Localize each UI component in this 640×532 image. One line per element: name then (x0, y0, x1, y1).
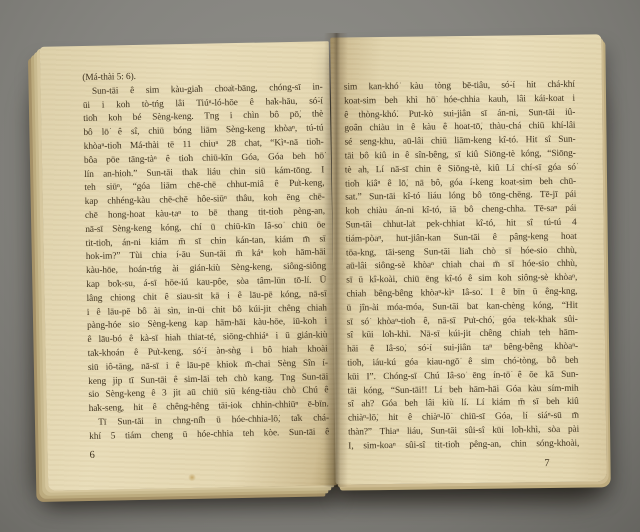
photo-background: (Má-thài 5: 6). Sun-tāi ê sim kàu-gia̍h … (0, 0, 640, 532)
page-number-left: 6 (89, 444, 329, 462)
right-page-lines: sim kan-khó͘ kàu tòng bē-tiâu, só͘-í hit… (344, 79, 580, 454)
page-number-right: 7 (348, 456, 579, 473)
book-page-right: sim kan-khó͘ kàu tòng bē-tiâu, só͘-í hit… (330, 34, 606, 484)
left-page-lines: Sun-tāi ê sim kàu-gia̍h choa̍t-bāng, chó… (83, 81, 330, 444)
page-stain (188, 474, 196, 481)
book-page-left: (Má-thài 5: 6). Sun-tāi ê sim kàu-gia̍h … (40, 41, 337, 490)
left-page-text-block: (Má-thài 5: 6). Sun-tāi ê sim kàu-gia̍h … (82, 67, 329, 462)
right-page-text-block: sim kan-khó͘ kàu tòng bē-tiâu, só͘-í hit… (344, 79, 580, 473)
text-line: I, sim-koaⁿ sûi-sî tit-tio̍h pêng-an, ch… (348, 437, 579, 454)
open-book: (Má-thài 5: 6). Sun-tāi ê sim kàu-gia̍h … (0, 0, 640, 532)
